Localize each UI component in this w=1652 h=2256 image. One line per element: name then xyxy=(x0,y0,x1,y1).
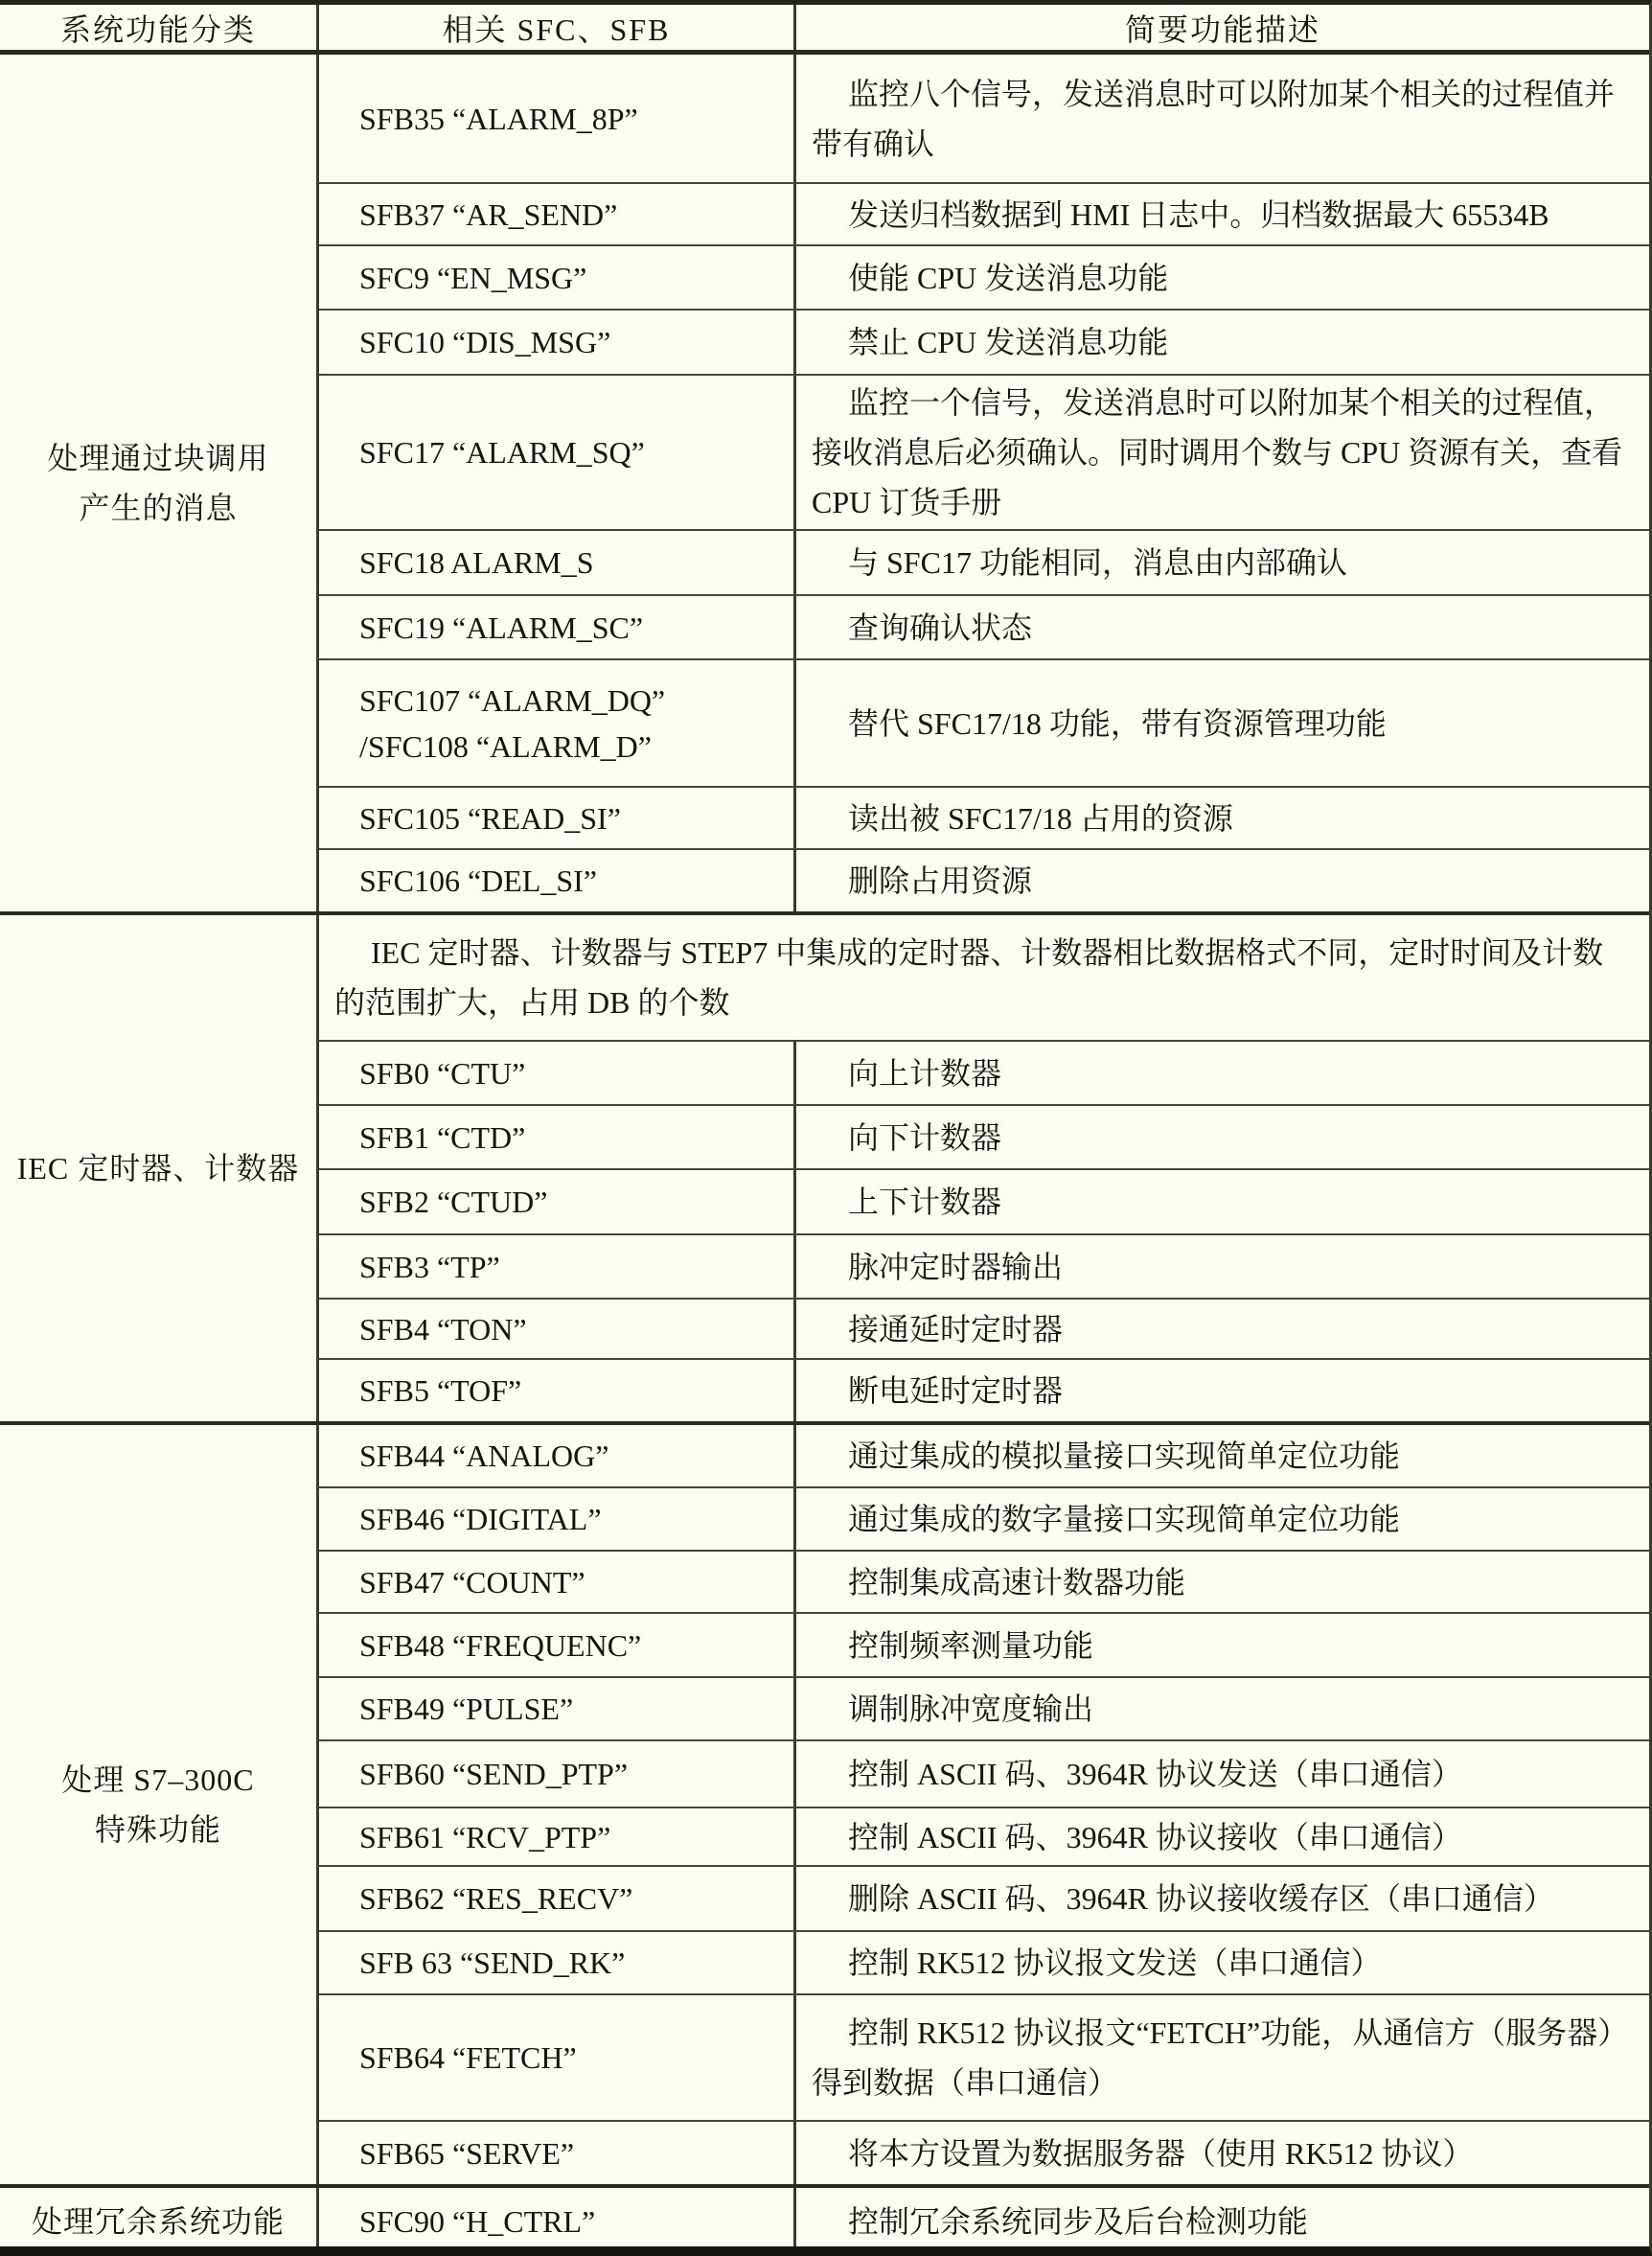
sfc-cell: SFC107 “ALARM_DQ” /SFC108 “ALARM_D” xyxy=(319,660,793,786)
table-row: SFC10 “DIS_MSG” 禁止 CPU 发送消息功能 xyxy=(319,309,1649,374)
sfc-cell: SFB65 “SERVE” xyxy=(319,2122,793,2184)
table-row: SFB4 “TON” 接通延时定时器 xyxy=(319,1298,1649,1358)
desc-cell: 与 SFC17 功能相同，消息由内部确认 xyxy=(793,531,1649,594)
table-row: SFC106 “DEL_SI” 删除占用资源 xyxy=(319,848,1649,911)
sfc-cell: SFB64 “FETCH” xyxy=(319,1995,793,2120)
table-row: SFB60 “SEND_PTP” 控制 ASCII 码、3964R 协议发送（串… xyxy=(319,1739,1649,1807)
desc-cell: 监控一个信号，发送消息时可以附加某个相关的过程值，接收消息后必须确认。同时调用个… xyxy=(793,376,1649,529)
sfc-cell: SFB61 “RCV_PTP” xyxy=(319,1808,793,1865)
sfc-cell: SFB3 “TP” xyxy=(319,1235,793,1298)
category-cell: IEC 定时器、计数器 xyxy=(0,915,316,1421)
desc-cell: 替代 SFC17/18 功能，带有资源管理功能 xyxy=(793,660,1649,786)
header-cell-sfc-sfb: 相关 SFC、SFB xyxy=(316,5,793,50)
table-row: SFC107 “ALARM_DQ” /SFC108 “ALARM_D” 替代 S… xyxy=(319,658,1649,786)
desc-cell: 向上计数器 xyxy=(793,1042,1649,1104)
desc-cell: 禁止 CPU 发送消息功能 xyxy=(793,311,1649,374)
table-row: SFB64 “FETCH” 控制 RK512 协议报文“FETCH”功能，从通信… xyxy=(319,1993,1649,2120)
iec-note-cell: IEC 定时器、计数器与 STEP7 中集成的定时器、计数器相比数据格式不同，定… xyxy=(319,915,1649,1040)
sfc-cell: SFC105 “READ_SI” xyxy=(319,788,793,848)
table-row: SFB35 “ALARM_8P” 监控八个信号，发送消息时可以附加某个相关的过程… xyxy=(319,55,1649,182)
table-row: SFB0 “CTU” 向上计数器 xyxy=(319,1040,1649,1104)
table-row: SFB44 “ANALOG” 通过集成的模拟量接口实现简单定位功能 xyxy=(319,1425,1649,1486)
desc-cell: 将本方设置为数据服务器（使用 RK512 协议） xyxy=(793,2122,1649,2184)
sfc-cell: SFB37 “AR_SEND” xyxy=(319,184,793,244)
sfc-cell: SFB44 “ANALOG” xyxy=(319,1425,793,1486)
iec-note-row: IEC 定时器、计数器与 STEP7 中集成的定时器、计数器相比数据格式不同，定… xyxy=(319,915,1649,1040)
sfc-cell: SFB47 “COUNT” xyxy=(319,1552,793,1612)
sfc-cell: SFC18 ALARM_S xyxy=(319,531,793,594)
sfc-cell: SFB5 “TOF” xyxy=(319,1360,793,1421)
desc-cell: 控制冗余系统同步及后台检测功能 xyxy=(793,2188,1649,2255)
table-row: SFB3 “TP” 脉冲定时器输出 xyxy=(319,1233,1649,1298)
table-row: SFC105 “READ_SI” 读出被 SFC17/18 占用的资源 xyxy=(319,786,1649,848)
sfc-cell: SFB49 “PULSE” xyxy=(319,1678,793,1739)
table-row: SFB1 “CTD” 向下计数器 xyxy=(319,1104,1649,1168)
table-row: SFB5 “TOF” 断电延时定时器 xyxy=(319,1358,1649,1421)
table-row: SFC17 “ALARM_SQ” 监控一个信号，发送消息时可以附加某个相关的过程… xyxy=(319,374,1649,529)
section-rows: SFC90 “H_CTRL” 控制冗余系统同步及后台检测功能 xyxy=(316,2188,1649,2255)
table-row: SFB46 “DIGITAL” 通过集成的数字量接口实现简单定位功能 xyxy=(319,1486,1649,1550)
sfc-cell: SFB4 “TON” xyxy=(319,1300,793,1358)
sfc-cell: SFC9 “EN_MSG” xyxy=(319,246,793,309)
sfc-cell: SFC19 “ALARM_SC” xyxy=(319,596,793,658)
sfc-cell: SFB35 “ALARM_8P” xyxy=(319,55,793,182)
desc-cell: 监控八个信号，发送消息时可以附加某个相关的过程值并带有确认 xyxy=(793,55,1649,182)
table-row: SFC9 “EN_MSG” 使能 CPU 发送消息功能 xyxy=(319,244,1649,309)
category-cell: 处理 S7–300C 特殊功能 xyxy=(0,1425,316,2184)
table-row: SFB2 “CTUD” 上下计数器 xyxy=(319,1168,1649,1233)
section-rows: SFB35 “ALARM_8P” 监控八个信号，发送消息时可以附加某个相关的过程… xyxy=(316,55,1649,911)
sfc-cell: SFB48 “FREQUENC” xyxy=(319,1614,793,1676)
sfc-cell: SFC90 “H_CTRL” xyxy=(319,2188,793,2255)
desc-cell: 控制集成高速计数器功能 xyxy=(793,1552,1649,1612)
desc-cell: 控制频率测量功能 xyxy=(793,1614,1649,1676)
desc-cell: 断电延时定时器 xyxy=(793,1360,1649,1421)
table-header: 系统功能分类 相关 SFC、SFB 简要功能描述 xyxy=(0,5,1649,55)
table-row: SFB61 “RCV_PTP” 控制 ASCII 码、3964R 协议接收（串口… xyxy=(319,1807,1649,1865)
table-row: SFB62 “RES_RECV” 删除 ASCII 码、3964R 协议接收缓存… xyxy=(319,1865,1649,1930)
desc-cell: 脉冲定时器输出 xyxy=(793,1235,1649,1298)
desc-cell: 通过集成的模拟量接口实现简单定位功能 xyxy=(793,1425,1649,1486)
header-cell-description: 简要功能描述 xyxy=(793,5,1649,50)
table-row: SFB 63 “SEND_RK” 控制 RK512 协议报文发送（串口通信） xyxy=(319,1930,1649,1993)
desc-cell: 接通延时定时器 xyxy=(793,1300,1649,1358)
desc-cell: 删除占用资源 xyxy=(793,850,1649,911)
table-row: SFB49 “PULSE” 调制脉冲宽度输出 xyxy=(319,1676,1649,1739)
sfc-cell: SFB0 “CTU” xyxy=(319,1042,793,1104)
desc-cell: 上下计数器 xyxy=(793,1170,1649,1233)
section-rows: SFB44 “ANALOG” 通过集成的模拟量接口实现简单定位功能 SFB46 … xyxy=(316,1425,1649,2184)
category-cell: 处理通过块调用 产生的消息 xyxy=(0,55,316,911)
section-iec-timers-counters: IEC 定时器、计数器 IEC 定时器、计数器与 STEP7 中集成的定时器、计… xyxy=(0,915,1649,1425)
category-cell: 处理冗余系统功能 xyxy=(0,2188,316,2255)
desc-cell: 控制 RK512 协议报文“FETCH”功能，从通信方（服务器）得到数据（串口通… xyxy=(793,1995,1649,2120)
table-row: SFB47 “COUNT” 控制集成高速计数器功能 xyxy=(319,1550,1649,1612)
table-row: SFB48 “FREQUENC” 控制频率测量功能 xyxy=(319,1612,1649,1676)
header-cell-category: 系统功能分类 xyxy=(0,5,316,50)
sfc-cell: SFB2 “CTUD” xyxy=(319,1170,793,1233)
sfc-cell: SFC106 “DEL_SI” xyxy=(319,850,793,911)
table-row: SFC19 “ALARM_SC” 查询确认状态 xyxy=(319,594,1649,658)
sfc-cell: SFB60 “SEND_PTP” xyxy=(319,1741,793,1807)
desc-cell: 控制 ASCII 码、3964R 协议接收（串口通信） xyxy=(793,1808,1649,1865)
sfc-cell: SFC17 “ALARM_SQ” xyxy=(319,376,793,529)
desc-cell: 查询确认状态 xyxy=(793,596,1649,658)
desc-cell: 控制 RK512 协议报文发送（串口通信） xyxy=(793,1932,1649,1993)
desc-cell: 通过集成的数字量接口实现简单定位功能 xyxy=(793,1488,1649,1550)
sfc-sfb-function-table: 系统功能分类 相关 SFC、SFB 简要功能描述 处理通过块调用 产生的消息 S… xyxy=(0,0,1652,2256)
table-row: SFC90 “H_CTRL” 控制冗余系统同步及后台检测功能 xyxy=(319,2188,1649,2255)
section-s7-300c-special: 处理 S7–300C 特殊功能 SFB44 “ANALOG” 通过集成的模拟量接… xyxy=(0,1425,1649,2188)
sfc-cell: SFB1 “CTD” xyxy=(319,1106,793,1168)
desc-cell: 控制 ASCII 码、3964R 协议发送（串口通信） xyxy=(793,1741,1649,1807)
desc-cell: 发送归档数据到 HMI 日志中。归档数据最大 65534B xyxy=(793,184,1649,244)
section-block-call-messages: 处理通过块调用 产生的消息 SFB35 “ALARM_8P” 监控八个信号，发送… xyxy=(0,55,1649,915)
section-redundant-system: 处理冗余系统功能 SFC90 “H_CTRL” 控制冗余系统同步及后台检测功能 xyxy=(0,2188,1649,2255)
sfc-cell: SFB46 “DIGITAL” xyxy=(319,1488,793,1550)
desc-cell: 使能 CPU 发送消息功能 xyxy=(793,246,1649,309)
desc-cell: 向下计数器 xyxy=(793,1106,1649,1168)
sfc-cell: SFB62 “RES_RECV” xyxy=(319,1867,793,1930)
desc-cell: 删除 ASCII 码、3964R 协议接收缓存区（串口通信） xyxy=(793,1867,1649,1930)
sfc-cell: SFB 63 “SEND_RK” xyxy=(319,1932,793,1993)
table-row: SFB37 “AR_SEND” 发送归档数据到 HMI 日志中。归档数据最大 6… xyxy=(319,182,1649,244)
section-rows: IEC 定时器、计数器与 STEP7 中集成的定时器、计数器相比数据格式不同，定… xyxy=(316,915,1649,1421)
table-row: SFB65 “SERVE” 将本方设置为数据服务器（使用 RK512 协议） xyxy=(319,2120,1649,2184)
sfc-cell: SFC10 “DIS_MSG” xyxy=(319,311,793,374)
table-row: SFC18 ALARM_S 与 SFC17 功能相同，消息由内部确认 xyxy=(319,529,1649,594)
desc-cell: 调制脉冲宽度输出 xyxy=(793,1678,1649,1739)
desc-cell: 读出被 SFC17/18 占用的资源 xyxy=(793,788,1649,848)
